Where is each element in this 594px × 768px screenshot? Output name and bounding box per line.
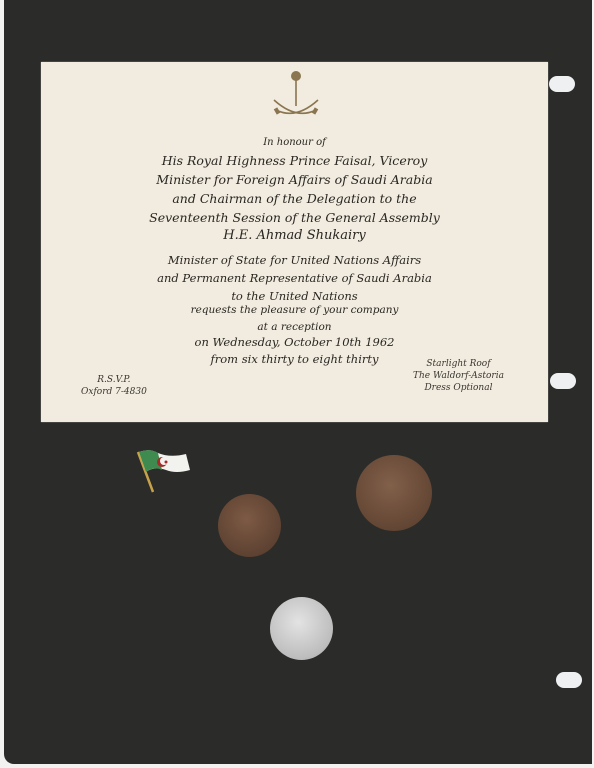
honoree-block: His Royal Highness Prince Faisal, Vicero… [41, 151, 548, 227]
host-titles: Minister of State for United Nations Aff… [41, 251, 548, 305]
honoree-line: Minister for Foreign Affairs of Saudi Ar… [41, 170, 548, 189]
binder-hole-bottom [556, 672, 582, 688]
rsvp-phone: Oxford 7-4830 [81, 386, 147, 398]
host-title-line: Minister of State for United Nations Aff… [41, 251, 548, 269]
honoree-line: and Chairman of the Delegation to the [41, 189, 548, 208]
silver-coin [270, 597, 333, 660]
host-name: H.E. Ahmad Shukairy [41, 228, 548, 243]
palm-and-swords-emblem-icon [266, 66, 326, 126]
request-block: requests the pleasure of your company at… [41, 302, 548, 336]
host-title-line: and Permanent Representative of Saudi Ar… [41, 269, 548, 287]
binder-hole-middle [550, 373, 576, 389]
binder-hole-top [549, 76, 575, 92]
bronze-coin-small [218, 494, 281, 557]
honoree-line: Seventeenth Session of the General Assem… [41, 208, 548, 227]
in-honour-of: In honour of [41, 137, 548, 148]
algerian-flag-pin-icon [136, 448, 192, 494]
bronze-coin-large [356, 455, 432, 531]
event-date: on Wednesday, October 10th 1962 [41, 334, 548, 351]
venue-block: Starlight Roof The Waldorf-Astoria Dress… [413, 358, 504, 394]
honoree-line: His Royal Highness Prince Faisal, Vicero… [41, 151, 548, 170]
rsvp-block: R.S.V.P. Oxford 7-4830 [81, 374, 147, 398]
invitation-card: In honour of His Royal Highness Prince F… [41, 62, 548, 422]
